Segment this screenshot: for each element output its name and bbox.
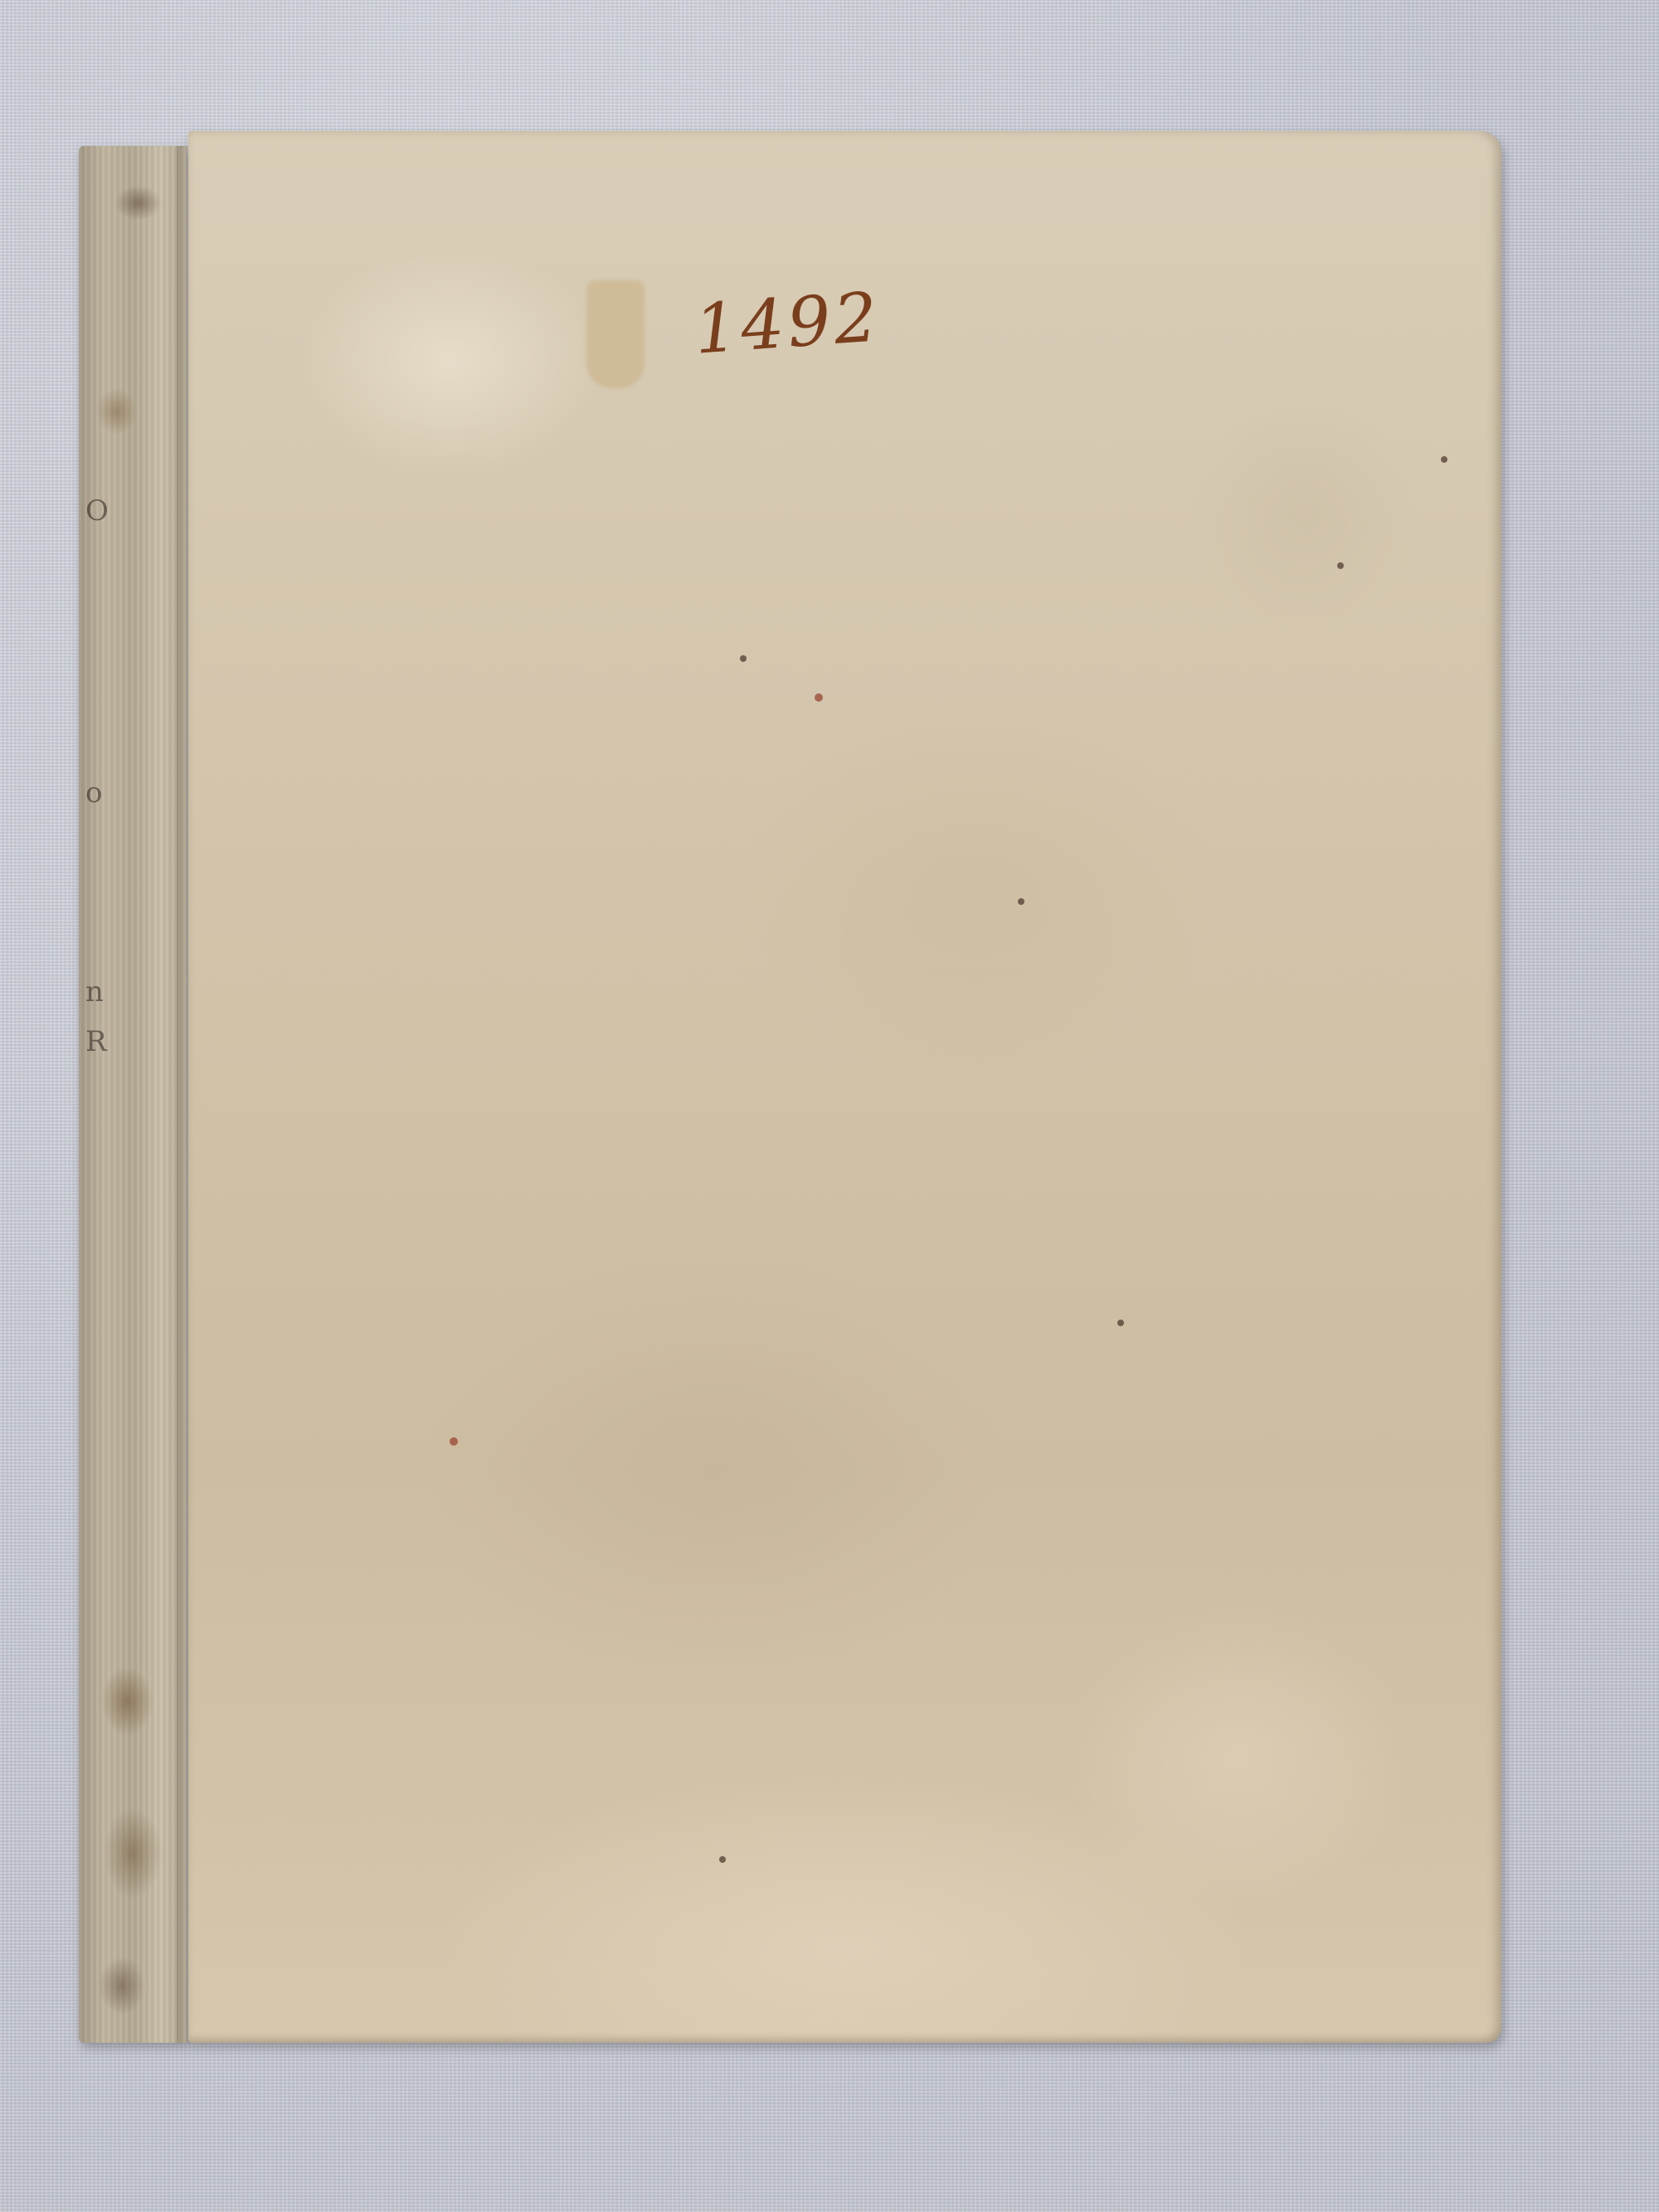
spine-letter: o <box>85 776 102 809</box>
stain-spot <box>740 655 747 662</box>
stain-spot <box>1441 456 1447 463</box>
spine-letter: n <box>85 975 104 1009</box>
stain-mark <box>586 280 645 388</box>
stain-spot <box>1117 1320 1124 1326</box>
spine-letter: O <box>85 494 109 527</box>
stain-spot <box>815 693 823 702</box>
spine-letter: R <box>85 1025 107 1058</box>
front-cover: 1492 <box>188 131 1501 2043</box>
stain-spot <box>450 1437 458 1446</box>
stain-spot <box>1337 562 1344 569</box>
photo-scene: O o n R 1492 <box>0 0 1659 2212</box>
book-spine: O o n R <box>79 146 187 2043</box>
stain-spot <box>719 1856 726 1863</box>
book: O o n R 1492 <box>79 131 1501 2043</box>
spine-lettering: O o n R <box>85 146 135 2043</box>
cover-inscription: 1492 <box>692 278 883 369</box>
stain-spot <box>1018 898 1024 905</box>
